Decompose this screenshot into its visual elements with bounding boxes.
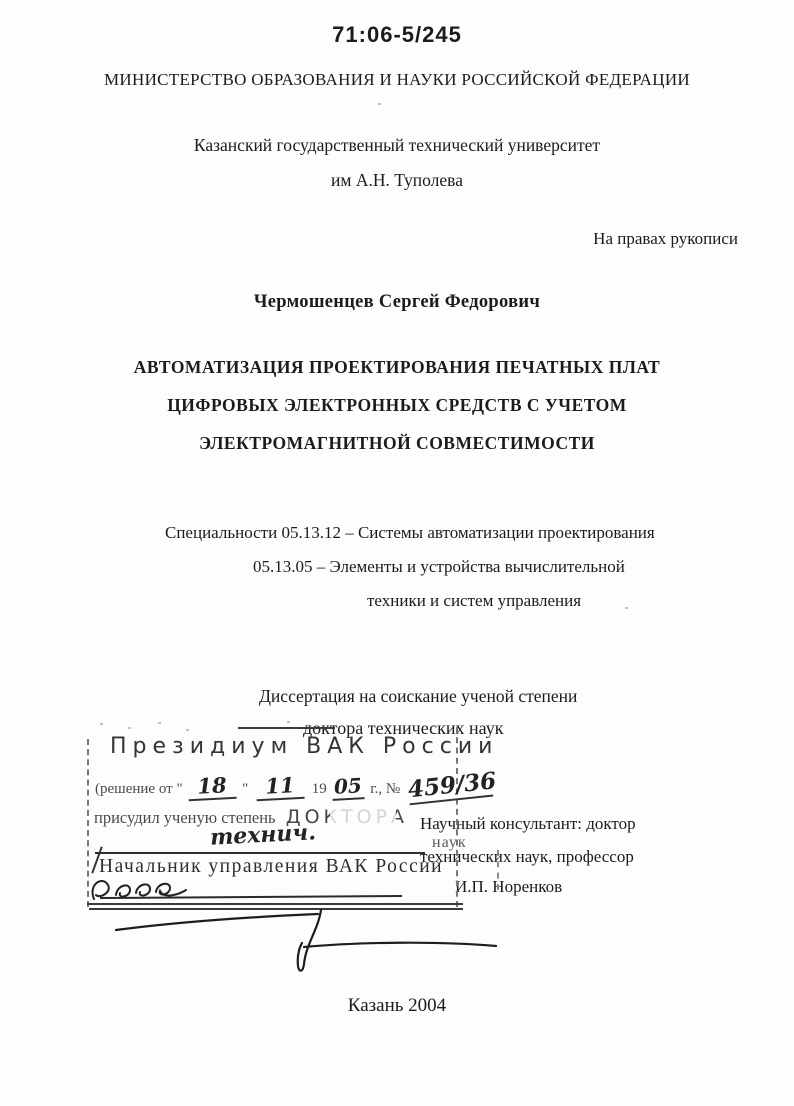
field-printed: наук — [432, 834, 467, 852]
stamp-strike-line — [238, 727, 335, 729]
scan-speck — [100, 723, 103, 725]
dissertation-title-page: 71:06-5/245 МИНИСТЕРСТВО ОБРАЗОВАНИЯ И Н… — [0, 0, 794, 1106]
scan-speck — [128, 727, 131, 729]
decision-day-handwritten: 18 — [188, 772, 237, 801]
decision-number-label: г., № — [370, 781, 400, 797]
decision-year-printed: 19 — [312, 781, 327, 797]
stamp-right-border-fragment — [497, 850, 499, 890]
specialty-line-1: Специальности 05.13.12 – Системы автомат… — [165, 523, 655, 543]
decision-year-handwritten: 05 — [332, 773, 365, 801]
decision-prefix: (решение от — [95, 781, 173, 797]
scan-speck — [625, 607, 628, 609]
degree-word-fade-artifact — [330, 801, 396, 829]
decision-close-quote: " — [242, 781, 248, 797]
university-name: Казанский государственный технический ун… — [0, 135, 794, 156]
university-named-after: им А.Н. Туполева — [0, 170, 794, 191]
decision-number-handwritten: 459/36 — [407, 768, 494, 806]
author-name: Чермошенцев Сергей Федорович — [0, 292, 794, 313]
dissertation-title-line-2: ЦИФРОВЫХ ЭЛЕКТРОННЫХ СРЕДСТВ С УЧЕТОМ — [0, 395, 794, 416]
scan-speck — [186, 729, 189, 731]
field-handwritten: технич. — [209, 819, 316, 851]
field-underline — [95, 852, 425, 854]
stamp-decision-line: (решение от " 18 " 11 19 05 г., № 459/36 — [95, 772, 492, 801]
specialty-line-3: техники и систем управления — [367, 591, 581, 611]
catalog-number: 71:06-5/245 — [0, 22, 794, 48]
manuscript-rights-note: На правах рукописи — [593, 229, 738, 249]
dissertation-purpose-line-1: Диссертация на соискание ученой степени — [259, 686, 577, 707]
flourish-mark — [78, 902, 518, 992]
decision-open-quote: " — [176, 781, 182, 797]
stamp-header: Президиум ВАК России — [110, 734, 498, 759]
dissertation-title-line-1: АВТОМАТИЗАЦИЯ ПРОЕКТИРОВАНИЯ ПЕЧАТНЫХ ПЛ… — [0, 357, 794, 378]
ministry-line: МИНИСТЕРСТВО ОБРАЗОВАНИЯ И НАУКИ РОССИЙС… — [0, 70, 794, 90]
city-and-year: Казань 2004 — [0, 995, 794, 1017]
scan-speck — [378, 103, 381, 105]
consultant-name: И.П. Норенков — [455, 877, 562, 897]
dissertation-title-line-3: ЭЛЕКТРОМАГНИТНОЙ СОВМЕСТИМОСТИ — [0, 433, 794, 454]
scan-speck — [287, 721, 290, 723]
scan-speck — [158, 722, 161, 724]
decision-month-handwritten: 11 — [255, 772, 304, 801]
consultant-line-1: Научный консультант: доктор — [420, 814, 636, 834]
specialty-line-2: 05.13.05 – Элементы и устройства вычисли… — [253, 557, 625, 577]
